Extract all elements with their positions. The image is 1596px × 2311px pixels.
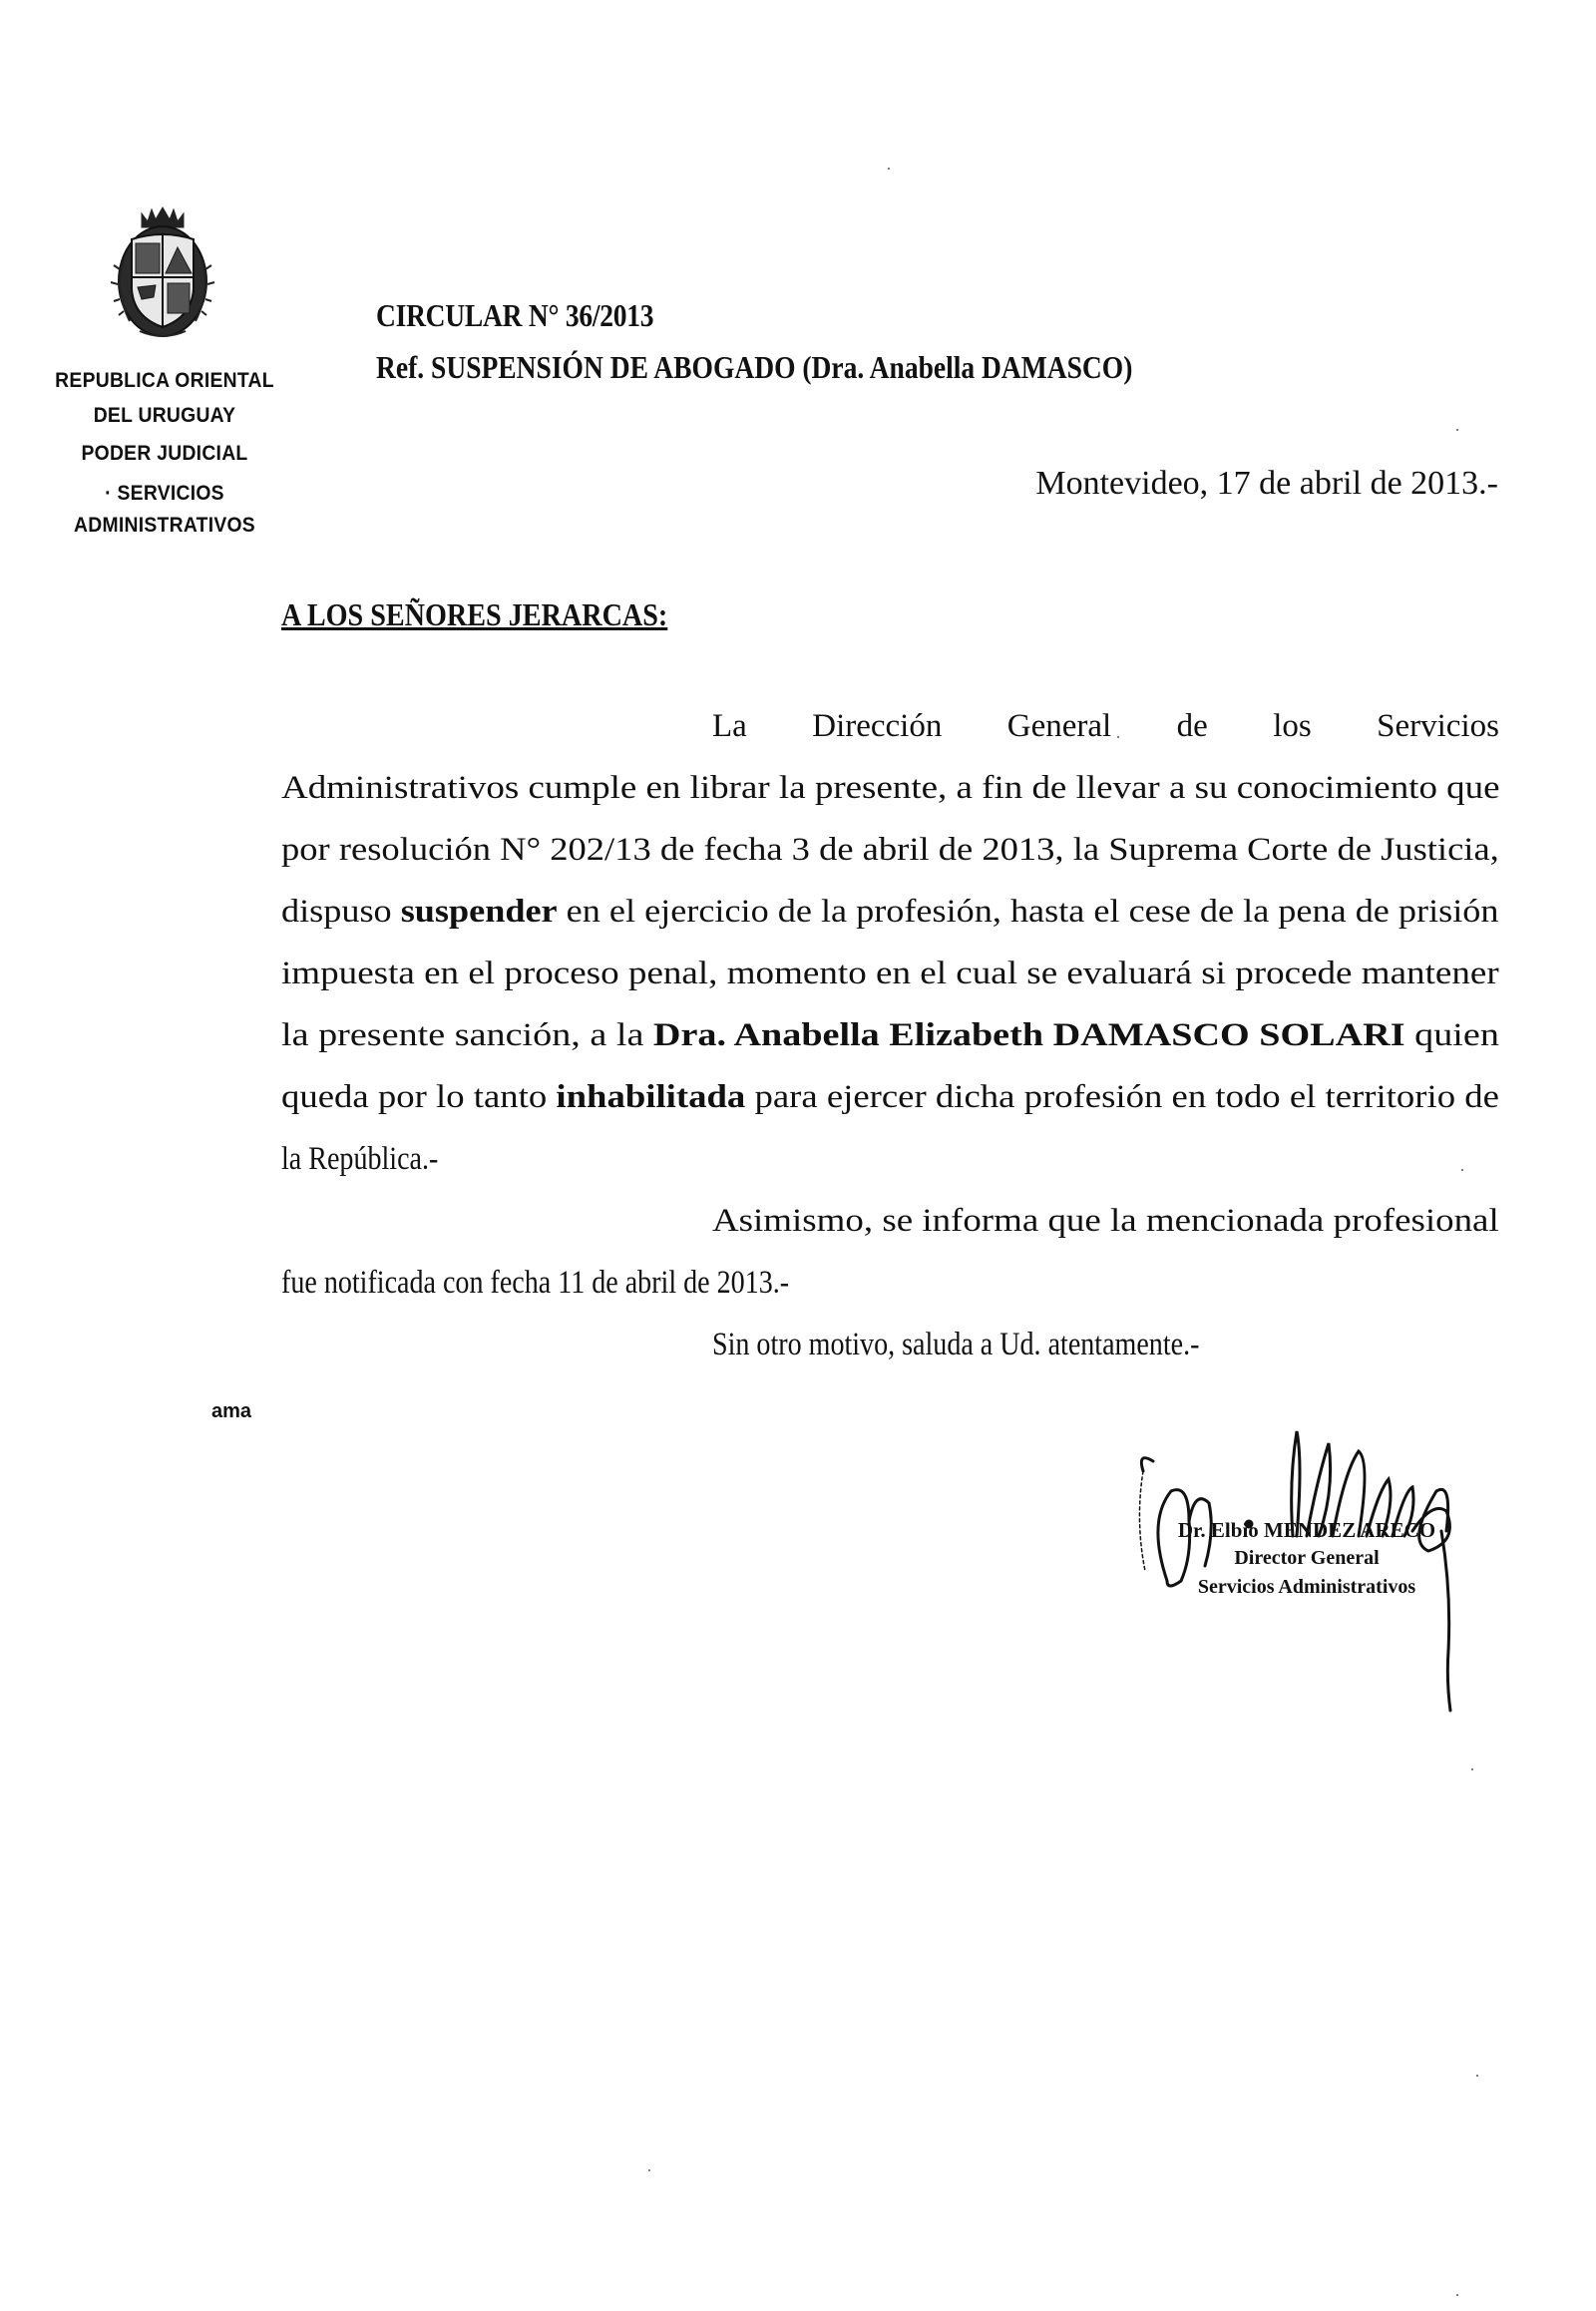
body-line-2: Administrativos cumple en librar la pres… bbox=[281, 770, 1500, 807]
salutation: A LOS SEÑORES JERARCAS: bbox=[281, 596, 667, 633]
word: los bbox=[1273, 708, 1312, 745]
scan-speck bbox=[1461, 1169, 1463, 1171]
text: para ejercer dicha profesión en todo el … bbox=[745, 1079, 1499, 1115]
word: Servicios bbox=[1377, 708, 1499, 745]
text: quien bbox=[1405, 1017, 1499, 1053]
letterhead-line-2: DEL URUGUAY bbox=[41, 405, 288, 426]
scan-speck bbox=[888, 168, 890, 170]
scan-speck bbox=[1456, 2294, 1458, 2296]
word: de bbox=[1177, 708, 1208, 745]
circular-number: CIRCULAR N° 36/2013 bbox=[376, 297, 653, 334]
text: queda por lo tanto bbox=[281, 1079, 556, 1115]
body-line-1: La Dirección General de los Servicios bbox=[712, 708, 1499, 745]
signatory-department: Servicios Administrativos bbox=[1157, 1576, 1456, 1599]
scan-speck bbox=[1476, 2075, 1478, 2077]
word: General bbox=[1007, 708, 1111, 745]
body-line-4: dispuso suspender en el ejercicio de la … bbox=[281, 894, 1498, 931]
text: dispuso bbox=[281, 894, 401, 930]
word: Dirección bbox=[812, 708, 942, 745]
scan-speck bbox=[1471, 1768, 1473, 1770]
body-line-3: por resolución N° 202/13 de fecha 3 de a… bbox=[281, 832, 1499, 869]
word: La bbox=[712, 708, 747, 745]
signatory-name: Dr. Elbio MENDEZ ARECO bbox=[1157, 1518, 1456, 1543]
text: la presente sanción, a la bbox=[281, 1017, 653, 1053]
body-line-5: impuesta en el proceso penal, momento en… bbox=[281, 956, 1499, 992]
text: en el ejercicio de la profesión, hasta e… bbox=[558, 894, 1499, 930]
scan-speck bbox=[1456, 429, 1458, 431]
body-line-7: queda por lo tanto inhabilitada para eje… bbox=[281, 1079, 1499, 1116]
suspended-lawyer-name: Dra. Anabella Elizabeth DAMASCO SOLARI bbox=[653, 1017, 1405, 1053]
scan-speck bbox=[1117, 736, 1119, 738]
body-p2-line-2: fue notificada con fecha 11 de abril de … bbox=[281, 1265, 789, 1302]
reference-line: Ref. SUSPENSIÓN DE ABOGADO (Dra. Anabell… bbox=[376, 349, 1132, 386]
bold-term: inhabilitada bbox=[556, 1079, 745, 1115]
document-date: Montevideo, 17 de abril de 2013.- bbox=[1035, 465, 1498, 503]
letterhead-line-1: REPUBLICA ORIENTAL bbox=[41, 370, 288, 391]
body-p2-line-1: Asimismo, se informa que la mencionada p… bbox=[712, 1203, 1499, 1240]
closing-line: Sin otro motivo, saluda a Ud. atentament… bbox=[712, 1327, 1199, 1363]
scan-speck bbox=[648, 2169, 650, 2171]
typist-initials: ama bbox=[211, 1400, 251, 1423]
letterhead-line-4: · SERVICIOS bbox=[41, 483, 288, 504]
bold-term: suspender bbox=[401, 894, 558, 930]
letterhead-line-3: PODER JUDICIAL bbox=[41, 443, 288, 464]
letterhead-line-5: ADMINISTRATIVOS bbox=[41, 515, 288, 536]
signatory-title: Director General bbox=[1157, 1547, 1456, 1570]
body-line-6: la presente sanción, a la Dra. Anabella … bbox=[281, 1017, 1499, 1054]
coat-of-arms-icon bbox=[110, 199, 215, 341]
body-line-8: la República.- bbox=[281, 1141, 438, 1178]
